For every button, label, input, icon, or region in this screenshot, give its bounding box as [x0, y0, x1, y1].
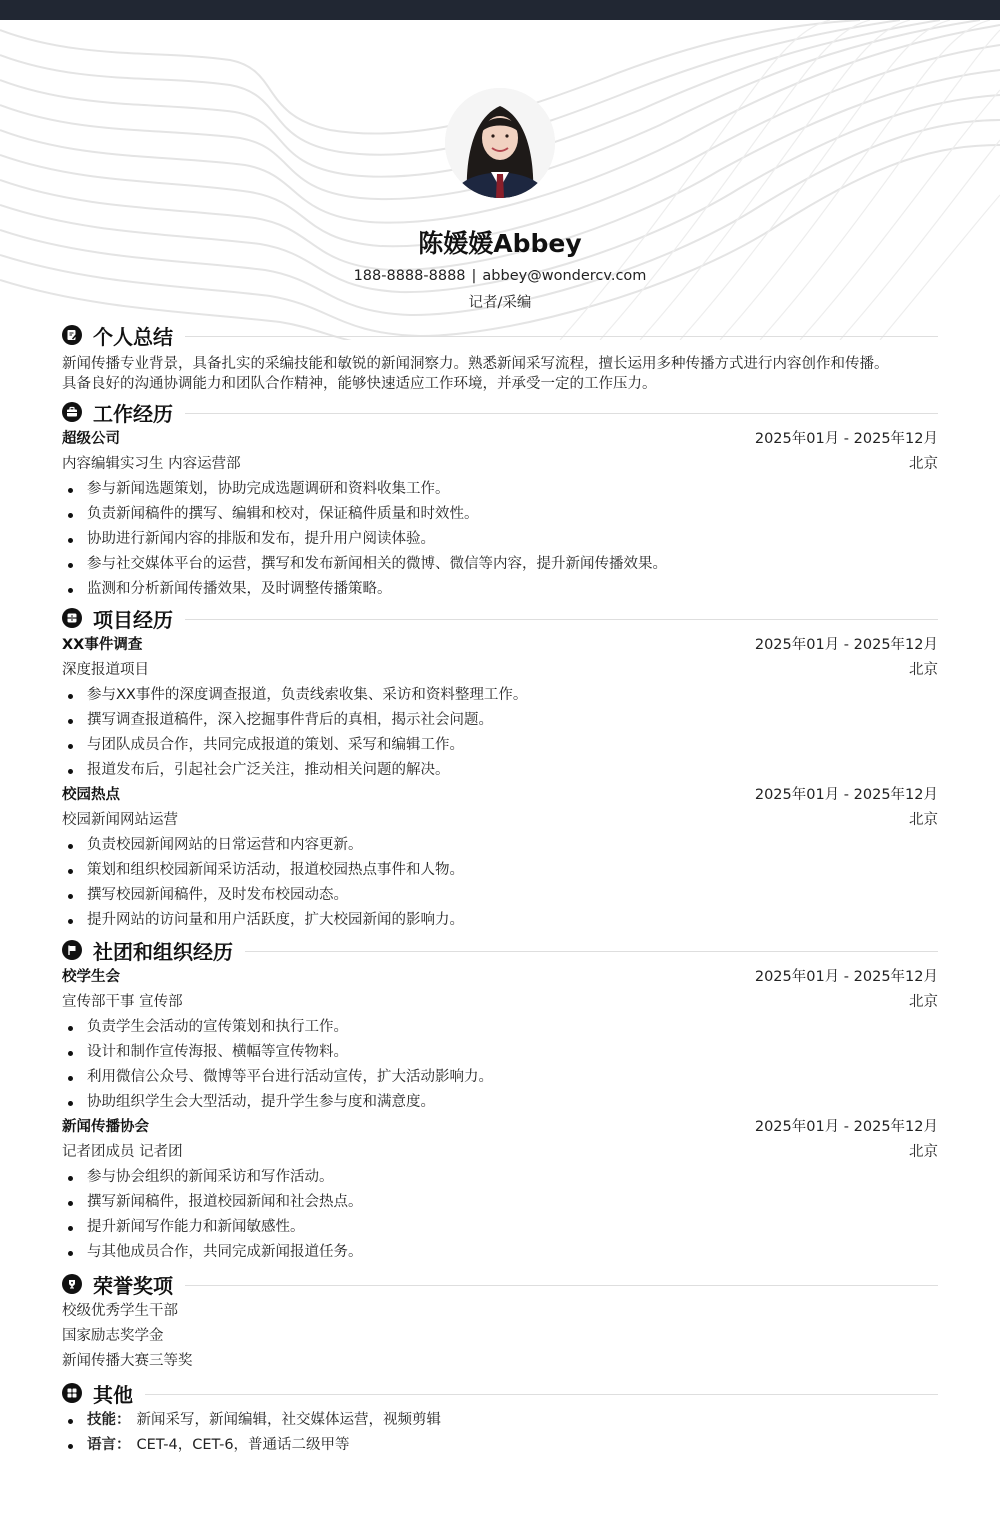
grid-icon — [62, 1383, 82, 1403]
position: 记者团成员 记者团 — [62, 1140, 183, 1165]
divider — [185, 1285, 938, 1286]
phone: 188-8888-8888 — [354, 268, 466, 284]
bullet-item: 负责学生会活动的宣传策划和执行工作。 — [62, 1015, 938, 1040]
bullet-item: 撰写校园新闻稿件，及时发布校园动态。 — [62, 883, 938, 908]
section-summary-header: 个人总结 — [62, 320, 938, 350]
entry-header: 超级公司 2025年01月 - 2025年12月 — [62, 427, 938, 452]
entry-subheader: 深度报道项目 北京 — [62, 658, 938, 683]
bullet-item: 报道发布后，引起社会广泛关注，推动相关问题的解决。 — [62, 758, 938, 783]
bullet-item: 监测和分析新闻传播效果，及时调整传播策略。 — [62, 577, 938, 602]
entry-header: 校学生会 2025年01月 - 2025年12月 — [62, 965, 938, 990]
bullet-item: 设计和制作宣传海报、横幅等宣传物料。 — [62, 1040, 938, 1065]
bullet-item: 协助组织学生会大型活动，提升学生参与度和满意度。 — [62, 1090, 938, 1115]
skills-value: 新闻采写，新闻编辑，社交媒体运营，视频剪辑 — [137, 1412, 442, 1428]
divider — [145, 1394, 938, 1395]
org-entry: 校学生会 2025年01月 - 2025年12月 宣传部干事 宣传部 北京 负责… — [62, 965, 938, 1115]
project-name: XX事件调查 — [62, 633, 142, 658]
section-title: 其他 — [93, 1379, 133, 1408]
company-name: 超级公司 — [62, 427, 120, 452]
resume-body: 个人总结 新闻传播专业背景，具备扎实的采编技能和敏锐的新闻洞察力。熟悉新闻采写流… — [62, 320, 938, 1458]
divider — [185, 619, 938, 620]
location: 北京 — [909, 452, 938, 477]
bullet-list: 负责学生会活动的宣传策划和执行工作。 设计和制作宣传海报、横幅等宣传物料。 利用… — [62, 1015, 938, 1115]
project-entry: 校园热点 2025年01月 - 2025年12月 校园新闻网站运营 北京 负责校… — [62, 783, 938, 933]
section-title: 个人总结 — [93, 321, 173, 350]
org-name: 新闻传播协会 — [62, 1115, 149, 1140]
bullet-item: 参与新闻选题策划，协助完成选题调研和资料收集工作。 — [62, 477, 938, 502]
entry-subheader: 校园新闻网站运营 北京 — [62, 808, 938, 833]
date-range: 2025年01月 - 2025年12月 — [755, 427, 938, 452]
summary-line: 具备良好的沟通协调能力和团队合作精神，能够快速适应工作环境，并承受一定的工作压力… — [62, 374, 938, 394]
org-entry: 新闻传播协会 2025年01月 - 2025年12月 记者团成员 记者团 北京 … — [62, 1115, 938, 1265]
trophy-icon — [62, 1274, 82, 1294]
top-bar — [0, 0, 1000, 20]
skills-item: 技能：新闻采写，新闻编辑，社交媒体运营，视频剪辑 — [62, 1408, 938, 1433]
job-title: 记者/采编 — [0, 291, 1000, 312]
separator: | — [472, 268, 477, 284]
entry-header: 新闻传播协会 2025年01月 - 2025年12月 — [62, 1115, 938, 1140]
section-title: 工作经历 — [93, 398, 173, 427]
bullet-item: 负责校园新闻网站的日常运营和内容更新。 — [62, 833, 938, 858]
location: 北京 — [909, 808, 938, 833]
bullet-item: 参与协会组织的新闻采访和写作活动。 — [62, 1165, 938, 1190]
location: 北京 — [909, 1140, 938, 1165]
entry-header: 校园热点 2025年01月 - 2025年12月 — [62, 783, 938, 808]
summary-text: 新闻传播专业背景，具备扎实的采编技能和敏锐的新闻洞察力。熟悉新闻采写流程，擅长运… — [62, 354, 938, 394]
bullet-item: 撰写调查报道稿件，深入挖掘事件背后的真相，揭示社会问题。 — [62, 708, 938, 733]
bullet-item: 参与XX事件的深度调查报道，负责线索收集、采访和资料整理工作。 — [62, 683, 938, 708]
bullet-list: 负责校园新闻网站的日常运营和内容更新。 策划和组织校园新闻采访活动，报道校园热点… — [62, 833, 938, 933]
divider — [185, 336, 938, 337]
org-name: 校学生会 — [62, 965, 120, 990]
divider — [185, 413, 938, 414]
skills-label: 技能： — [87, 1412, 131, 1428]
position: 内容编辑实习生 内容运营部 — [62, 452, 241, 477]
bullet-item: 与团队成员合作，共同完成报道的策划、采写和编辑工作。 — [62, 733, 938, 758]
languages-label: 语言： — [87, 1437, 131, 1453]
bullet-list: 参与XX事件的深度调查报道，负责线索收集、采访和资料整理工作。 撰写调查报道稿件… — [62, 683, 938, 783]
project-entry: XX事件调查 2025年01月 - 2025年12月 深度报道项目 北京 参与X… — [62, 633, 938, 783]
section-orgs-header: 社团和组织经历 — [62, 935, 938, 965]
profile-photo-icon — [445, 88, 555, 198]
briefcase-icon — [62, 402, 82, 422]
work-entry: 超级公司 2025年01月 - 2025年12月 内容编辑实习生 内容运营部 北… — [62, 427, 938, 602]
date-range: 2025年01月 - 2025年12月 — [755, 783, 938, 808]
bullet-item: 提升网站的访问量和用户活跃度，扩大校园新闻的影响力。 — [62, 908, 938, 933]
section-honors-header: 荣誉奖项 — [62, 1269, 938, 1299]
section-projects-header: 项目经历 — [62, 603, 938, 633]
entry-header: XX事件调查 2025年01月 - 2025年12月 — [62, 633, 938, 658]
section-title: 荣誉奖项 — [93, 1270, 173, 1299]
other-list: 技能：新闻采写，新闻编辑，社交媒体运营，视频剪辑 语言：CET-4，CET-6，… — [62, 1408, 938, 1458]
location: 北京 — [909, 990, 938, 1015]
bullet-list: 参与新闻选题策划，协助完成选题调研和资料收集工作。 负责新闻稿件的撰写、编辑和校… — [62, 477, 938, 602]
bullet-item: 利用微信公众号、微博等平台进行活动宣传，扩大活动影响力。 — [62, 1065, 938, 1090]
project-name: 校园热点 — [62, 783, 120, 808]
date-range: 2025年01月 - 2025年12月 — [755, 1115, 938, 1140]
entry-subheader: 记者团成员 记者团 北京 — [62, 1140, 938, 1165]
bullet-item: 撰写新闻稿件，报道校园新闻和社会热点。 — [62, 1190, 938, 1215]
section-other-header: 其他 — [62, 1378, 938, 1408]
position: 校园新闻网站运营 — [62, 808, 178, 833]
honor-item: 校级优秀学生干部 — [62, 1299, 938, 1324]
position: 宣传部干事 宣传部 — [62, 990, 183, 1015]
avatar — [445, 88, 555, 198]
bullet-item: 策划和组织校园新闻采访活动，报道校园热点事件和人物。 — [62, 858, 938, 883]
honor-item: 国家励志奖学金 — [62, 1324, 938, 1349]
candidate-name: 陈媛媛Abbey — [0, 224, 1000, 260]
location: 北京 — [909, 658, 938, 683]
languages-value: CET-4，CET-6，普通话二级甲等 — [137, 1437, 350, 1453]
bullet-item: 与其他成员合作，共同完成新闻报道任务。 — [62, 1240, 938, 1265]
flag-icon — [62, 940, 82, 960]
summary-line: 新闻传播专业背景，具备扎实的采编技能和敏锐的新闻洞察力。熟悉新闻采写流程，擅长运… — [62, 354, 938, 374]
section-work-header: 工作经历 — [62, 397, 938, 427]
bullet-item: 协助进行新闻内容的排版和发布，提升用户阅读体验。 — [62, 527, 938, 552]
entry-subheader: 内容编辑实习生 内容运营部 北京 — [62, 452, 938, 477]
email: abbey@wondercv.com — [482, 268, 646, 284]
bullet-item: 提升新闻写作能力和新闻敏感性。 — [62, 1215, 938, 1240]
honors-list: 校级优秀学生干部 国家励志奖学金 新闻传播大赛三等奖 — [62, 1299, 938, 1374]
bullet-item: 参与社交媒体平台的运营，撰写和发布新闻相关的微博、微信等内容，提升新闻传播效果。 — [62, 552, 938, 577]
contact-line: 188-8888-8888|abbey@wondercv.com — [0, 268, 1000, 284]
date-range: 2025年01月 - 2025年12月 — [755, 965, 938, 990]
position: 深度报道项目 — [62, 658, 149, 683]
honor-item: 新闻传播大赛三等奖 — [62, 1349, 938, 1374]
entry-subheader: 宣传部干事 宣传部 北京 — [62, 990, 938, 1015]
section-title: 项目经历 — [93, 604, 173, 633]
date-range: 2025年01月 - 2025年12月 — [755, 633, 938, 658]
project-icon — [62, 608, 82, 628]
bullet-list: 参与协会组织的新闻采访和写作活动。 撰写新闻稿件，报道校园新闻和社会热点。 提升… — [62, 1165, 938, 1265]
bullet-item: 负责新闻稿件的撰写、编辑和校对，保证稿件质量和时效性。 — [62, 502, 938, 527]
languages-item: 语言：CET-4，CET-6，普通话二级甲等 — [62, 1433, 938, 1458]
divider — [245, 951, 938, 952]
section-title: 社团和组织经历 — [93, 936, 233, 965]
edit-note-icon — [62, 325, 82, 345]
